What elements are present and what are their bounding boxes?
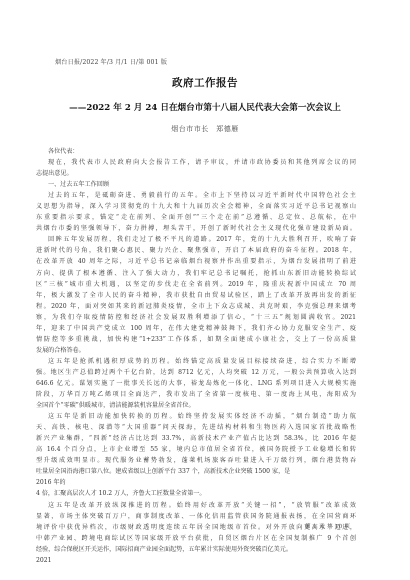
body-text-line: 进新时代的号角，我们聚心惠民、聚力兴企、聚焦强市，开启了本届政府的奋斗征程。20… [36,245,356,256]
body-text-line: 经验，综合保税区开关运作，国际招商产业园全面起势，五年累计实际使用外资突破百亿美… [36,544,356,555]
body-text-line: 这五年是改革开放纵深推进的历程。始终用好改革开放“关键一招”，“放管服”改革成效 [36,500,356,511]
body-text-line: 高 16.4 个百分点，上市企业增至 55 家，境内总市值居全省首位，被国务院授… [36,444,356,455]
body-text-line: 现在，我代表市人民政府向大会报告工作，请予审议，并请市政协委员和其他列席会议的同 [36,157,356,168]
body-text-line: 全国首个“零碳”供暖城市，清洁能源装机容量居全省首位。 [36,400,356,411]
page-number: 第 1 页 共 10 页 [305,522,351,530]
body-text-line: 程。2020 年，面对突如其来的新冠肺炎疫情，全市上下众志成城、共克时艰，李克强… [36,301,356,312]
body-text-line: 646.6 亿元。谋划实施了一批事关长远的大事，裕龙岛炼化一体化、LNG 系列项… [36,378,356,389]
document-title: 政府工作报告 [0,75,410,90]
body-text-line: 阶段，万华百万吨乙烯项目全面达产，我市发出了全省第一度核电、第一度海上风电，海阳… [36,389,356,400]
body-text-line: 2016 年的 [36,477,356,488]
body-text-line: 这五年是新旧动能加快转换的历程。始终坚持发展实体经济不动摇，“烟台制造”助力航 [36,411,356,422]
body-text-line: 年，迎来了中国共产党成立 100 周年，在伟大建党精神鼓舞下，我们齐心协力克服安… [36,323,356,334]
body-text-line: 方向、提供了根本遵循、注入了强大动力，我们牢记总书记嘱托，抢抓山东新旧动能转换综… [36,268,356,279]
body-text-line: 中韩产业园、跨境电商综试区等国家级开放平台获批，自贸区烟台片区在全国复制推广 9… [36,533,356,544]
body-text-line: 志提出意见。 [36,168,356,179]
body-text-line: 在改革开放 40 周年之际，习近平总书记亲临烟台视察并作出重要指示，为烟台发展指… [36,256,356,267]
body-text-line: 吐量居全国沿海港口第八位。建成省级以上创新平台 337 个，高新技术企业突破 1… [36,466,356,477]
body-text-line: 各位代表： [36,146,356,157]
body-text-line: 共烟台市委的坚强领导下，奋力拼搏，埋头苦干，开创了新时代社会主义现代化强市建设新… [36,223,356,234]
document-author: 烟台市市长 郑德雁 [0,124,410,134]
body-text-line: 2021 [36,555,356,566]
body-text-line: 强。地区生产总值跨过两个千亿台阶，达到 8712 亿元，人均突破 12 万元，一… [36,367,356,378]
document-subtitle: ——2022 年 2 月 24 日在烟台市第十八届人民代表大会第一次会议上 [0,101,410,113]
body-text-line: 情防控等多重挑战，加快构建“1+233”工作体系，如期全面建成小康社会，交上了一… [36,334,356,345]
body-text-line: 显著，市场主体突破百万户，商事制度改革、一体化信用监管获国务院通报表扬，在全国营… [36,511,356,522]
document-body: 各位代表：现在，我代表市人民政府向大会报告工作，请予审议，并请市政协委员和其他列… [36,146,356,566]
body-text-line: 区“三核”城市重大机遇，以坚定的步伐走在全省前列。2019 年，隆重庆祝新中国成… [36,279,356,290]
newspaper-source-line: 烟台日报/2022 年/3 月/1 日/第 001 版 [55,57,167,66]
body-text-line: 4 倍，汇聚高层次人才 10.2 万人，齐鲁大工匠数量全省第一。 [36,488,356,499]
body-text-line: 发展的合格答卷。 [36,345,356,356]
body-text-line: 回眸五年发展历程，我们走过了极不平凡的道路。2017 年，党的十九大胜利召开，吹… [36,234,356,245]
body-text-line: 察，为我们夺取疫情防控和经济社会发展双胜利增添了信心，“十三五”规划圆满收官。2… [36,312,356,323]
body-text-line: 过去的五年，是砥砺奋进、勇毅前行的五年。全市上下坚持以习近平新时代中国特色社会主 [36,190,356,201]
document-page: 烟台日报/2022 年/3 月/1 日/第 001 版 政府工作报告 ——202… [0,0,410,580]
body-text-line: 年，极大激发了全市人民的奋斗精神，我市获批自由贸易试验区，踏上了改革开放再出发的… [36,290,356,301]
body-text-line: 东重要指示要求，锚定“走在前列、全面开创”“三个走在前”总遵循、总定位、总航标，… [36,212,356,223]
body-text-line: 新兴产业集群，“四新”经济占比达到 33.7%，高新技术产业产值占比达到 58.… [36,433,356,444]
body-text-line: 一、过去五年工作回顾 [36,179,356,190]
body-text-line: 义思想为指导，深入学习贯彻党的十九大和十九届历次全会精神，全面落实习近平总书记视… [36,201,356,212]
body-text-line: 这五年是抢抓机遇积厚成势的历程。始终锚定高质量发展目标接续奋进，综合实力不断增 [36,356,356,367]
body-text-line: 天、高铁、核电、深潜等“大国重器”问天探海，先进结构材料和生物医药入选国家首批战… [36,422,356,433]
body-text-line: 型升级成效明显市。现代服务业蓄势勃发，蓬莱机场旅客吞吐量进入千万级行列，烟台港货… [36,455,356,466]
